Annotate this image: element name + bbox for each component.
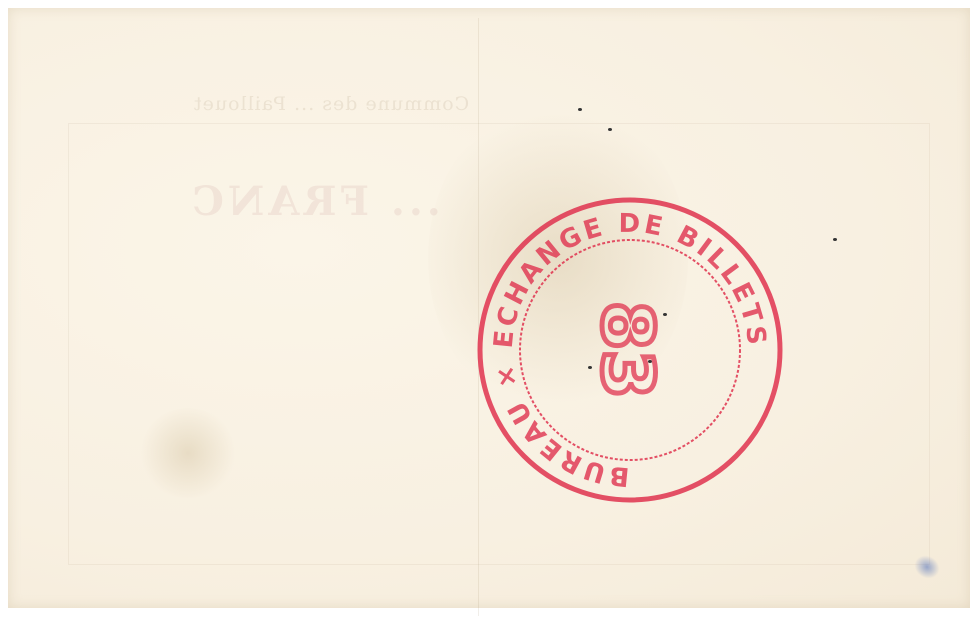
stain <box>138 408 238 498</box>
red-stamp: BUREAU × ECHANGE DE BILLETS 83 <box>470 192 790 508</box>
stamp-center-number: 83 <box>586 301 668 398</box>
show-through-denomination-text: ... FRANC <box>188 178 441 225</box>
show-through-commune-text: Commune des ... Paillouet <box>193 93 469 115</box>
